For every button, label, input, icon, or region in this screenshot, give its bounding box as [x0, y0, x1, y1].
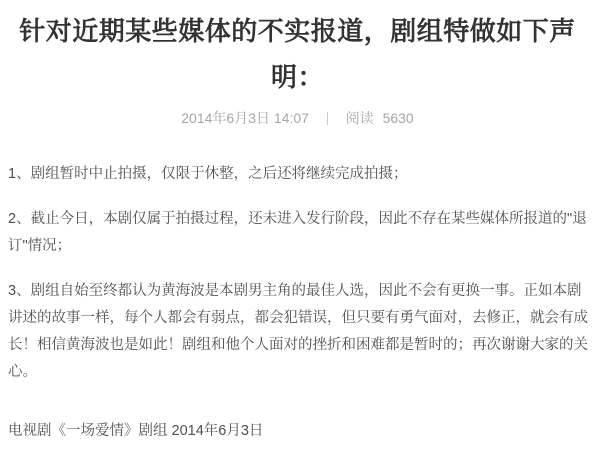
article-meta: 2014年6月3日 14:07 阅读 5630	[8, 108, 587, 128]
article-page: 针对近期某些媒体的不实报道，剧组特做如下声明： 2014年6月3日 14:07 …	[0, 0, 595, 455]
article-body: 1、剧组暂时中止拍摄，仅限于休整，之后还将继续完成拍摄； 2、截止今日，本剧仅属…	[8, 161, 593, 445]
statement-paragraph-1: 1、剧组暂时中止拍摄，仅限于休整，之后还将继续完成拍摄；	[8, 161, 593, 188]
signature-line: 电视剧《一场爱情》剧组 2014年6月3日	[8, 418, 593, 445]
read-count-label: 阅读	[346, 110, 374, 126]
read-count-value: 5630	[383, 110, 414, 126]
article-title: 针对近期某些媒体的不实报道，剧组特做如下声明：	[13, 8, 583, 100]
meta-divider	[327, 112, 328, 125]
statement-paragraph-3: 3、剧组自始至终都认为黄海波是本剧男主角的最佳人选，因此不会有更换一事。正如本剧…	[8, 278, 593, 386]
statement-paragraph-2: 2、截止今日，本剧仅属于拍摄过程，还未进入发行阶段，因此不存在某些媒体所报道的"…	[8, 206, 593, 260]
publish-datetime: 2014年6月3日 14:07	[181, 110, 309, 126]
